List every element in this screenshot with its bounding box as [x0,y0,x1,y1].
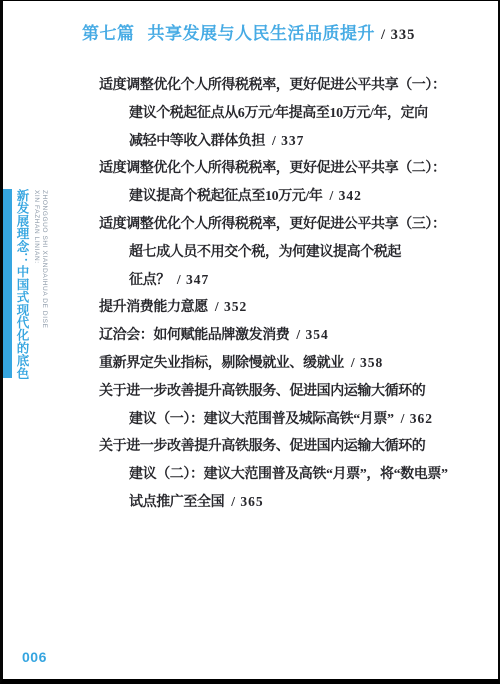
toc-entry-pageref: / 358 [351,355,383,370]
toc-entry-line: 试点推广至全国/ 365 [99,488,479,516]
toc-entry-line: 关于进一步改善提升高铁服务、促进国内运输大循环的 [99,432,479,460]
toc-entry-pageref: / 354 [296,327,328,342]
toc-entry-text: 重新界定失业指标，剔除慢就业、缓就业 [99,356,344,371]
toc-entry-line: 辽洽会：如何赋能品牌激发消费/ 354 [99,321,479,349]
toc-entry-line: 建议（二）：建议大范围普及高铁“月票”，将“数电票” [99,460,479,488]
toc-entry-text: 减轻中等收入群体负担 [129,134,265,149]
toc-entry-line: 适度调整优化个人所得税税率，更好促进公平共享（三）： [99,210,479,238]
toc-entry-text: 适度调整优化个人所得税税率，更好促进公平共享（三）： [99,217,446,232]
toc-entry-text: 超七成人员不用交个税，为何建议提高个税起 [129,245,401,260]
toc-entry-line: 重新界定失业指标，剔除慢就业、缓就业/ 358 [99,349,479,377]
toc-entry-text: 征点？ [129,273,170,288]
toc-entry-pageref: / 342 [330,188,362,203]
toc-entry-pageref: / 365 [231,494,263,509]
toc-entry-text: 建议个税起征点从6万元/年提高至10万元/年，定向 [129,106,428,121]
toc-entry-text: 建议（二）：建议大范围普及高铁“月票”，将“数电票” [129,467,448,482]
toc-entry-line: 建议个税起征点从6万元/年提高至10万元/年，定向 [99,99,479,127]
toc-entry-pageref: / 337 [272,133,304,148]
toc-entry-pageref: / 362 [401,411,433,426]
chapter-header: 第七篇共享发展与人民生活品质提升/ 335 [82,19,415,44]
toc-entry-line: 建议（一）：建议大范围普及城际高铁“月票”/ 362 [99,405,479,433]
toc-entry-text: 适度调整优化个人所得税税率，更好促进公平共享（二）： [99,161,446,176]
toc-entry-pageref: / 347 [177,272,209,287]
toc-entry-line: 关于进一步改善提升高铁服务、促进国内运输大循环的 [99,377,479,405]
toc-entry-text: 辽洽会：如何赋能品牌激发消费 [99,328,289,343]
toc-entry-text: 建议提高个税起征点至10万元/年 [129,189,323,204]
toc-entry-line: 征点？/ 347 [99,266,479,294]
book-title-pinyin-line1: XIN FAZHAN LINIAN: [32,190,40,264]
part-label: 第七篇 [82,24,135,43]
toc-entry-line: 减轻中等收入群体负担/ 337 [99,127,479,155]
book-title-vertical: 新发展理念：中国式现代化的底色 [12,189,32,381]
book-title-pinyin-line2: ZHONGGUO SHI XIANDAIHUA DE DISE [40,190,48,329]
spine-accent-bar [3,189,12,378]
toc-entry-text: 适度调整优化个人所得税税率，更好促进公平共享（一）： [99,78,446,93]
toc-entry-line: 超七成人员不用交个税，为何建议提高个税起 [99,238,479,266]
toc-entry-text: 关于进一步改善提升高铁服务、促进国内运输大循环的 [99,384,425,399]
book-toc-page: 第七篇共享发展与人民生活品质提升/ 335 适度调整优化个人所得税税率，更好促进… [0,0,500,684]
toc-entry-text: 关于进一步改善提升高铁服务、促进国内运输大循环的 [99,439,425,454]
toc-entry-line: 适度调整优化个人所得税税率，更好促进公平共享（二）： [99,154,479,182]
toc-entry-line: 提升消费能力意愿/ 352 [99,293,479,321]
part-pageref: / 335 [381,27,415,43]
toc-entry-line: 建议提高个税起征点至10万元/年/ 342 [99,182,479,210]
toc-entry-pageref: / 352 [215,299,247,314]
page-number: 006 [22,649,47,665]
toc-list: 适度调整优化个人所得税税率，更好促进公平共享（一）： 建议个税起征点从6万元/年… [99,71,479,516]
part-title: 共享发展与人民生活品质提升 [148,24,376,43]
toc-entry-text: 提升消费能力意愿 [99,300,208,315]
toc-entry-text: 试点推广至全国 [129,495,224,510]
toc-entry-text: 建议（一）：建议大范围普及城际高铁“月票” [129,412,394,427]
toc-entry-line: 适度调整优化个人所得税税率，更好促进公平共享（一）： [99,71,479,99]
